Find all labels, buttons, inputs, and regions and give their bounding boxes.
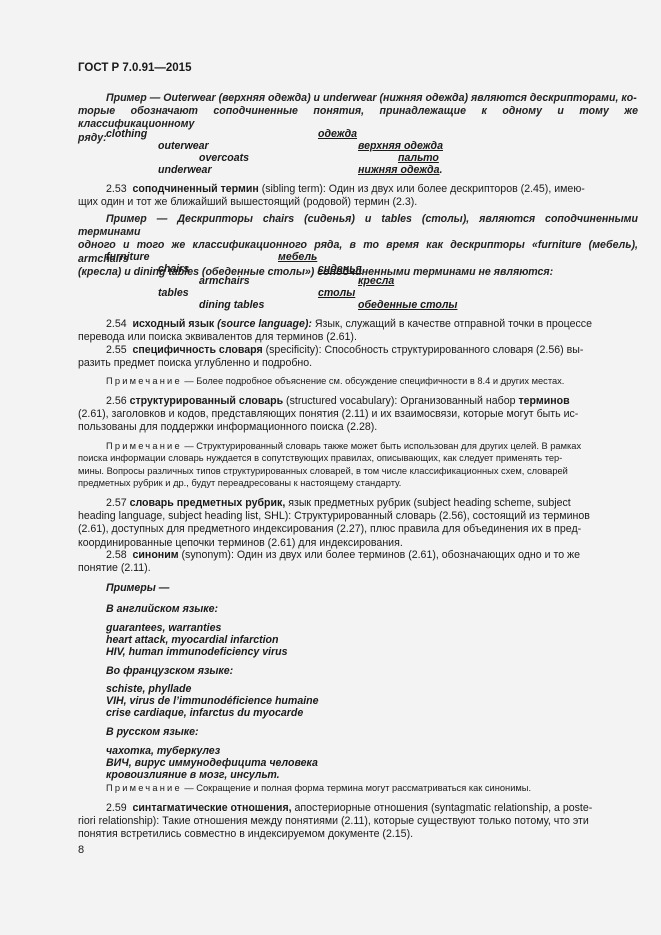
term-2-59: 2.59 синтагматические отношения, апостер… <box>78 802 638 842</box>
note-line: Примечание — Более подробное объяснение … <box>78 375 638 387</box>
term-2-54: 2.54 исходный язык (source language): Яз… <box>78 318 638 344</box>
examples-item: VIH, virus de l’immunodéficience humaine <box>106 695 319 708</box>
term-definition: Язык, служащий в качестве отправной точк… <box>315 318 592 330</box>
tree-term-ru: обеденные столы <box>358 299 457 311</box>
tree-term-ru: столы <box>318 287 355 299</box>
document-header: ГОСТ Р 7.0.91—2015 <box>78 62 191 74</box>
term-number: 2.54 <box>106 318 127 330</box>
term-line: 2.56 структурированный словарь (structur… <box>78 395 638 408</box>
term-definition: (specificity): Способность структурирова… <box>266 344 584 356</box>
term-line: перевода или поиска эквивалентов для тер… <box>78 331 638 344</box>
note-label: Примечание <box>106 376 182 386</box>
note-line: предметных рубрик и др., будут переадрес… <box>78 477 638 489</box>
note-label: Примечание <box>106 783 182 793</box>
tree-term-ru: сиденья <box>318 263 362 275</box>
term-title: специфичность словаря <box>133 344 263 356</box>
tree-term-ru: одежда <box>318 128 357 140</box>
note-line: мины. Вопросы различных типов структурир… <box>78 465 638 477</box>
note-2-56: Примечание — Структурированный словарь т… <box>78 440 638 489</box>
term-title-en: (source language): <box>217 318 312 330</box>
note-2-58: Примечание — Сокращение и полная форма т… <box>78 782 638 794</box>
tree-term-en: tables <box>158 287 189 299</box>
term-title: структурированный словарь <box>130 395 284 407</box>
examples-item: guarantees, warranties <box>106 622 221 635</box>
term-line: координированные цепочки терминов (2.61)… <box>78 537 638 550</box>
tree-term-ru: мебель <box>278 251 317 263</box>
examples-item: heart attack, myocardial infarction <box>106 634 279 647</box>
tree-term-ru: кресла <box>358 275 394 287</box>
term-definition: (synonym): Один из двух или более термин… <box>182 549 581 561</box>
term-definition: язык предметных рубрик (subject heading … <box>288 497 571 509</box>
example-2-line: Пример — Дескрипторы chairs (сиденья) и … <box>78 213 638 239</box>
examples-item: ВИЧ, вирус иммунодефицита человека <box>106 757 318 770</box>
tree-term-end: . <box>440 164 443 176</box>
term-line: понятия встретились совместно в индексир… <box>78 828 638 841</box>
term-number: 2.53 <box>106 183 127 195</box>
examples-title: Примеры — <box>106 582 169 595</box>
term-number: 2.58 <box>106 549 127 561</box>
examples-item: HIV, human immunodeficiency virus <box>106 646 288 659</box>
term-number: 2.56 <box>106 395 127 407</box>
term-title: исходный язык <box>133 318 215 330</box>
page-number: 8 <box>78 844 84 856</box>
tree-term-en: clothing <box>106 128 147 140</box>
term-2-56: 2.56 структурированный словарь (structur… <box>78 395 638 435</box>
note-text: — Сокращение и полная форма термина могу… <box>182 783 531 793</box>
example-1-line: Пример — Outerwear (верхняя одежда) и un… <box>78 92 638 105</box>
term-2-55: 2.55 специфичность словаря (specificity)… <box>78 344 638 370</box>
term-title: синоним <box>133 549 179 561</box>
term-line: 2.58 синоним (synonym): Один из двух или… <box>78 549 638 562</box>
term-line: 2.55 специфичность словаря (specificity)… <box>78 344 638 357</box>
note-line: Примечание — Структурированный словарь т… <box>78 440 638 452</box>
tree-term-en: outerwear <box>158 140 209 152</box>
term-title: синтагматические отношения, <box>133 802 292 814</box>
term-definition: (sibling term): Один из двух или более д… <box>262 183 585 195</box>
term-line: 2.54 исходный язык (source language): Яз… <box>78 318 638 331</box>
term-line: (2.61), заголовков и кодов, представляющ… <box>78 408 638 421</box>
note-label: Примечание <box>106 441 182 451</box>
tree-term-en: furniture <box>106 251 150 263</box>
tree-term-en: dining tables <box>199 299 264 311</box>
term-title: соподчиненный термин <box>133 183 259 195</box>
examples-item: кровоизлияние в мозг, инсульт. <box>106 769 280 782</box>
term-2-57: 2.57 словарь предметных рубрик, язык пре… <box>78 497 638 550</box>
tree-term-en: underwear <box>158 164 212 176</box>
term-2-53: 2.53 соподчиненный термин (sibling term)… <box>78 183 638 209</box>
term-line: разить предмет поиска углубленно и подро… <box>78 357 638 370</box>
tree-term-ru: верхняя одежда <box>358 140 443 152</box>
examples-item: schiste, phyllade <box>106 683 191 696</box>
term-line: 2.57 словарь предметных рубрик, язык пре… <box>78 497 638 510</box>
note-text: — Более подробное объяснение см. обсужде… <box>182 376 565 386</box>
term-line: понятие (2.11). <box>78 562 638 575</box>
examples-item: crise cardiaque, infarctus du myocarde <box>106 707 303 720</box>
note-text: — Структурированный словарь также может … <box>182 441 581 451</box>
term-line: 2.53 соподчиненный термин (sibling term)… <box>78 183 638 196</box>
term-line: heading language, subject heading list, … <box>78 510 638 523</box>
note-line: поиска информации словарь нуждается в со… <box>78 452 638 464</box>
term-number: 2.59 <box>106 802 127 814</box>
term-line: пользованы для поддержки информационного… <box>78 421 638 434</box>
term-2-58: 2.58 синоним (synonym): Один из двух или… <box>78 549 638 575</box>
example-2-line: одного и того же классификационного ряда… <box>78 239 638 265</box>
examples-group-heading: В русском языке: <box>106 726 199 739</box>
example-1-line: торые обозначают соподчиненные понятия, … <box>78 105 638 131</box>
tree-term-ru: пальто <box>398 152 439 164</box>
tree-term-en: armchairs <box>199 275 250 287</box>
term-reference: терминов <box>518 395 569 407</box>
term-title: словарь предметных рубрик, <box>130 497 286 509</box>
term-number: 2.57 <box>106 497 127 509</box>
term-number: 2.55 <box>106 344 127 356</box>
tree-term-en: overcoats <box>199 152 249 164</box>
term-line: щих один и тот же ближайший вышестоящий … <box>78 196 638 209</box>
note-2-55: Примечание — Более подробное объяснение … <box>78 375 638 387</box>
example-1-paragraph: Пример — Outerwear (верхняя одежда) и un… <box>78 92 638 145</box>
examples-group-heading: В английском языке: <box>106 603 218 616</box>
tree-term-en: chairs <box>158 263 189 275</box>
term-definition: (structured vocabulary): Организованный … <box>286 395 515 407</box>
term-line: riori relationship): Такие отношения меж… <box>78 815 638 828</box>
term-line: 2.59 синтагматические отношения, апостер… <box>78 802 638 815</box>
tree-term-ru: нижняя одежда. <box>358 164 442 176</box>
term-line: (2.61), доступных для предметного индекс… <box>78 523 638 536</box>
tree-term-ru-text: нижняя одежда <box>358 164 440 176</box>
term-definition: апостериорные отношения (syntagmatic rel… <box>295 802 593 814</box>
examples-group-heading: Во французском языке: <box>106 665 233 678</box>
examples-item: чахотка, туберкулез <box>106 745 220 758</box>
note-line: Примечание — Сокращение и полная форма т… <box>78 782 638 794</box>
